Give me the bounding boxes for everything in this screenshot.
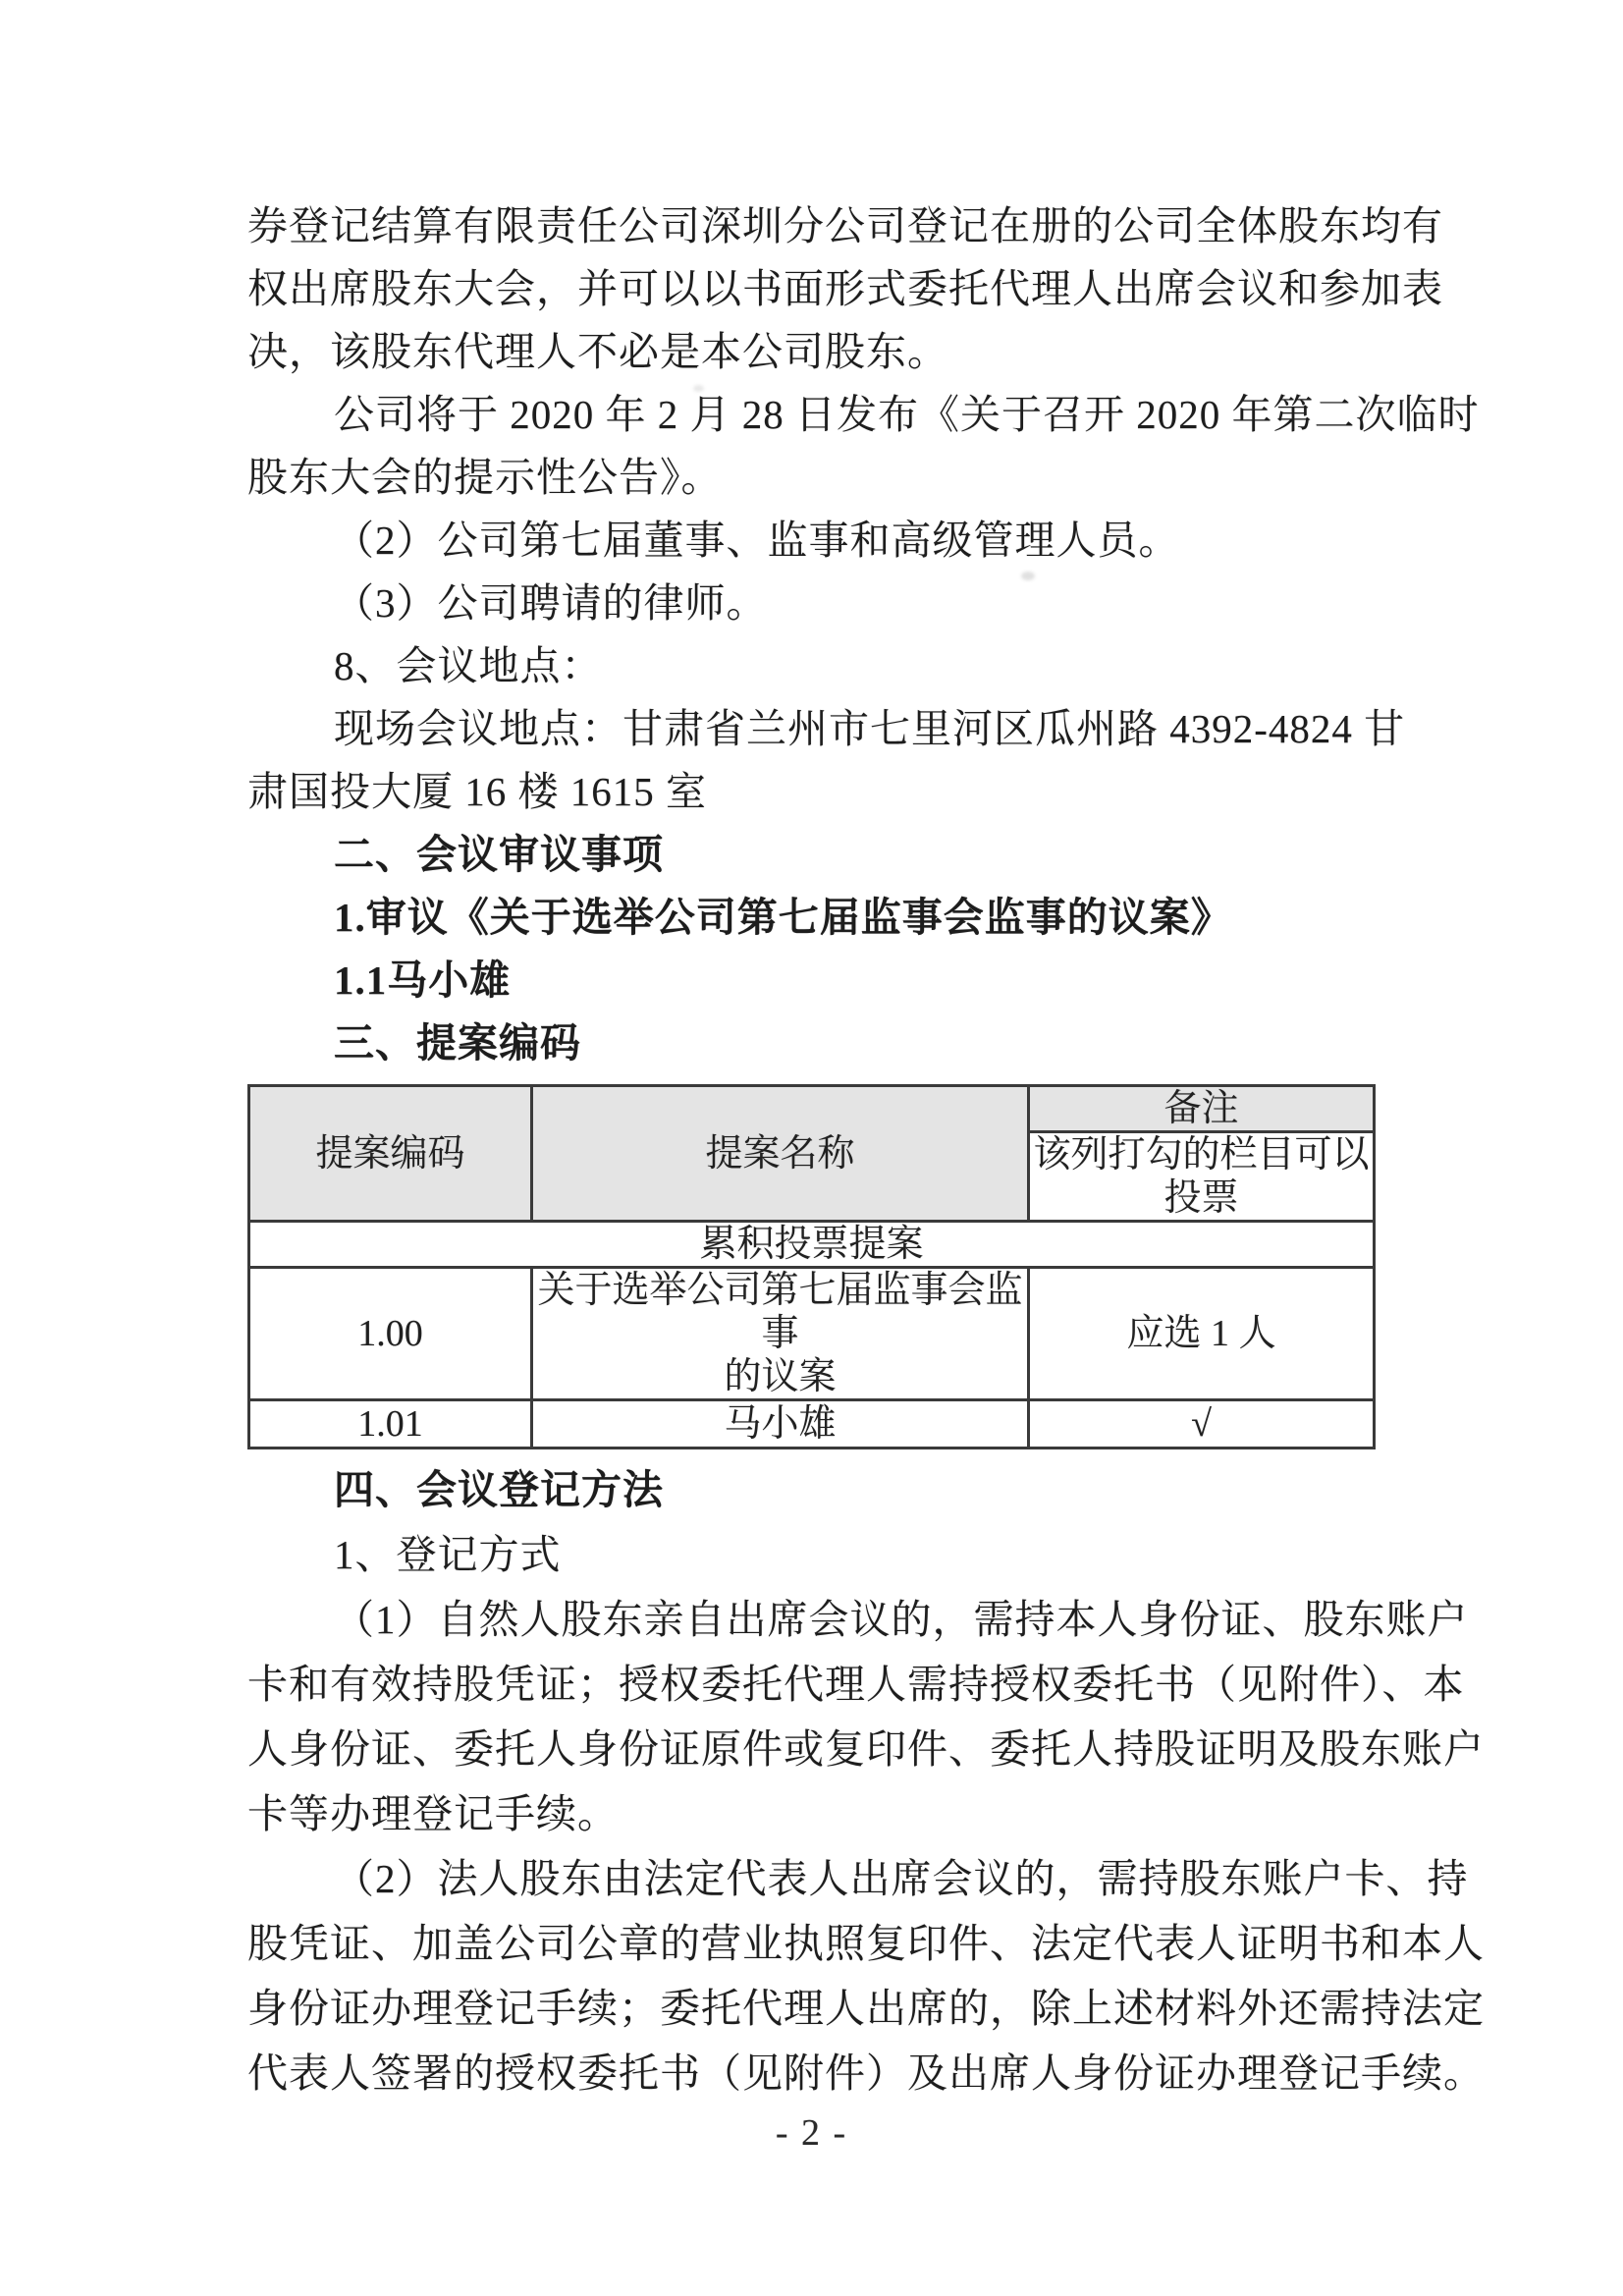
paragraph-line: 卡等办理登记手续。 bbox=[247, 1781, 1396, 1846]
proposal-code-cell: 1.00 bbox=[249, 1268, 532, 1400]
paragraph-line: 公司将于 2020 年 2 月 28 日发布《关于召开 2020 年第二次临时 bbox=[247, 383, 1396, 446]
text-block-upper: 券登记结算有限责任公司深圳分公司登记在册的公司全体股东均有 权出席股东大会，并可… bbox=[247, 194, 1396, 1074]
proposal-name-cell: 关于选举公司第七届监事会监事 的议案 bbox=[532, 1268, 1029, 1400]
paragraph-line: 权出席股东大会，并可以以书面形式委托代理人出席会议和参加表 bbox=[247, 257, 1396, 320]
paragraph-line: 人身份证、委托人身份证原件或复印件、委托人持股证明及股东账户 bbox=[247, 1717, 1396, 1781]
scan-artifact bbox=[693, 385, 704, 392]
paragraph-line: 肃国投大厦 16 楼 1615 室 bbox=[247, 760, 1396, 823]
paragraph-line: 卡和有效持股凭证；授权委托代理人需持授权委托书（见附件）、本 bbox=[247, 1652, 1396, 1717]
paragraph-line: 现场会议地点：甘肃省兰州市七里河区瓜州路 4392-4824 甘 bbox=[247, 697, 1396, 760]
section-heading: 三、提案编码 bbox=[247, 1011, 1396, 1074]
paragraph-line: 身份证办理登记手续；委托代理人出席的，除上述材料外还需持法定 bbox=[247, 1976, 1396, 2041]
proposal-code-table: 提案编码 提案名称 备注 该列打勾的栏目可以 投票 累积投票提案 1.00 关于… bbox=[247, 1084, 1376, 1449]
paragraph-line: 股凭证、加盖公司公章的营业执照复印件、法定代表人证明书和本人 bbox=[247, 1911, 1396, 1976]
table-section-row: 累积投票提案 bbox=[249, 1222, 1375, 1268]
paragraph-line: （1）自然人股东亲自出席会议的，需持本人身份证、股东账户 bbox=[247, 1587, 1396, 1652]
list-item-line: 1、登记方式 bbox=[247, 1522, 1396, 1587]
paragraph-line: 股东大会的提示性公告》。 bbox=[247, 446, 1396, 509]
paragraph-line: （2）法人股东由法定代表人出席会议的，需持股东账户卡、持 bbox=[247, 1846, 1396, 1911]
table-row: 1.00 关于选举公司第七届监事会监事 的议案 应选 1 人 bbox=[249, 1268, 1375, 1400]
paragraph-line: 决，该股东代理人不必是本公司股东。 bbox=[247, 320, 1396, 383]
page-number: - 2 - bbox=[0, 2111, 1623, 2155]
paragraph-line: 券登记结算有限责任公司深圳分公司登记在册的公司全体股东均有 bbox=[247, 194, 1396, 257]
column-header-code: 提案编码 bbox=[249, 1086, 532, 1222]
section-heading: 二、会议审议事项 bbox=[247, 823, 1396, 886]
section-heading: 1.审议《关于选举公司第七届监事会监事的议案》 bbox=[247, 886, 1396, 949]
table-header-row: 提案编码 提案名称 备注 bbox=[249, 1086, 1375, 1132]
column-header-name: 提案名称 bbox=[532, 1086, 1029, 1222]
scanned-document-page: 券登记结算有限责任公司深圳分公司登记在册的公司全体股东均有 权出席股东大会，并可… bbox=[0, 0, 1623, 2296]
list-item-line: （2）公司第七届董事、监事和高级管理人员。 bbox=[247, 509, 1396, 572]
list-item-line: （3）公司聘请的律师。 bbox=[247, 572, 1396, 634]
proposal-note-cell: 应选 1 人 bbox=[1029, 1268, 1375, 1400]
column-subheader-note: 该列打勾的栏目可以 投票 bbox=[1029, 1132, 1375, 1222]
text-block-lower: 四、会议登记方法 1、登记方式 （1）自然人股东亲自出席会议的，需持本人身份证、… bbox=[247, 1457, 1396, 2105]
document-body: 券登记结算有限责任公司深圳分公司登记在册的公司全体股东均有 权出席股东大会，并可… bbox=[247, 194, 1396, 2105]
section-heading: 四、会议登记方法 bbox=[247, 1457, 1396, 1522]
proposal-code-cell: 1.01 bbox=[249, 1400, 532, 1449]
column-header-note: 备注 bbox=[1029, 1086, 1375, 1132]
proposal-name-cell: 马小雄 bbox=[532, 1400, 1029, 1449]
checkmark-cell: √ bbox=[1029, 1400, 1375, 1449]
section-heading: 1.1马小雄 bbox=[247, 949, 1396, 1011]
scan-artifact bbox=[1021, 572, 1035, 580]
section-row-label: 累积投票提案 bbox=[249, 1222, 1375, 1268]
list-item-line: 8、会议地点： bbox=[247, 634, 1396, 697]
table-row: 1.01 马小雄 √ bbox=[249, 1400, 1375, 1449]
paragraph-line: 代表人签署的授权委托书（见附件）及出席人身份证办理登记手续。 bbox=[247, 2041, 1396, 2105]
